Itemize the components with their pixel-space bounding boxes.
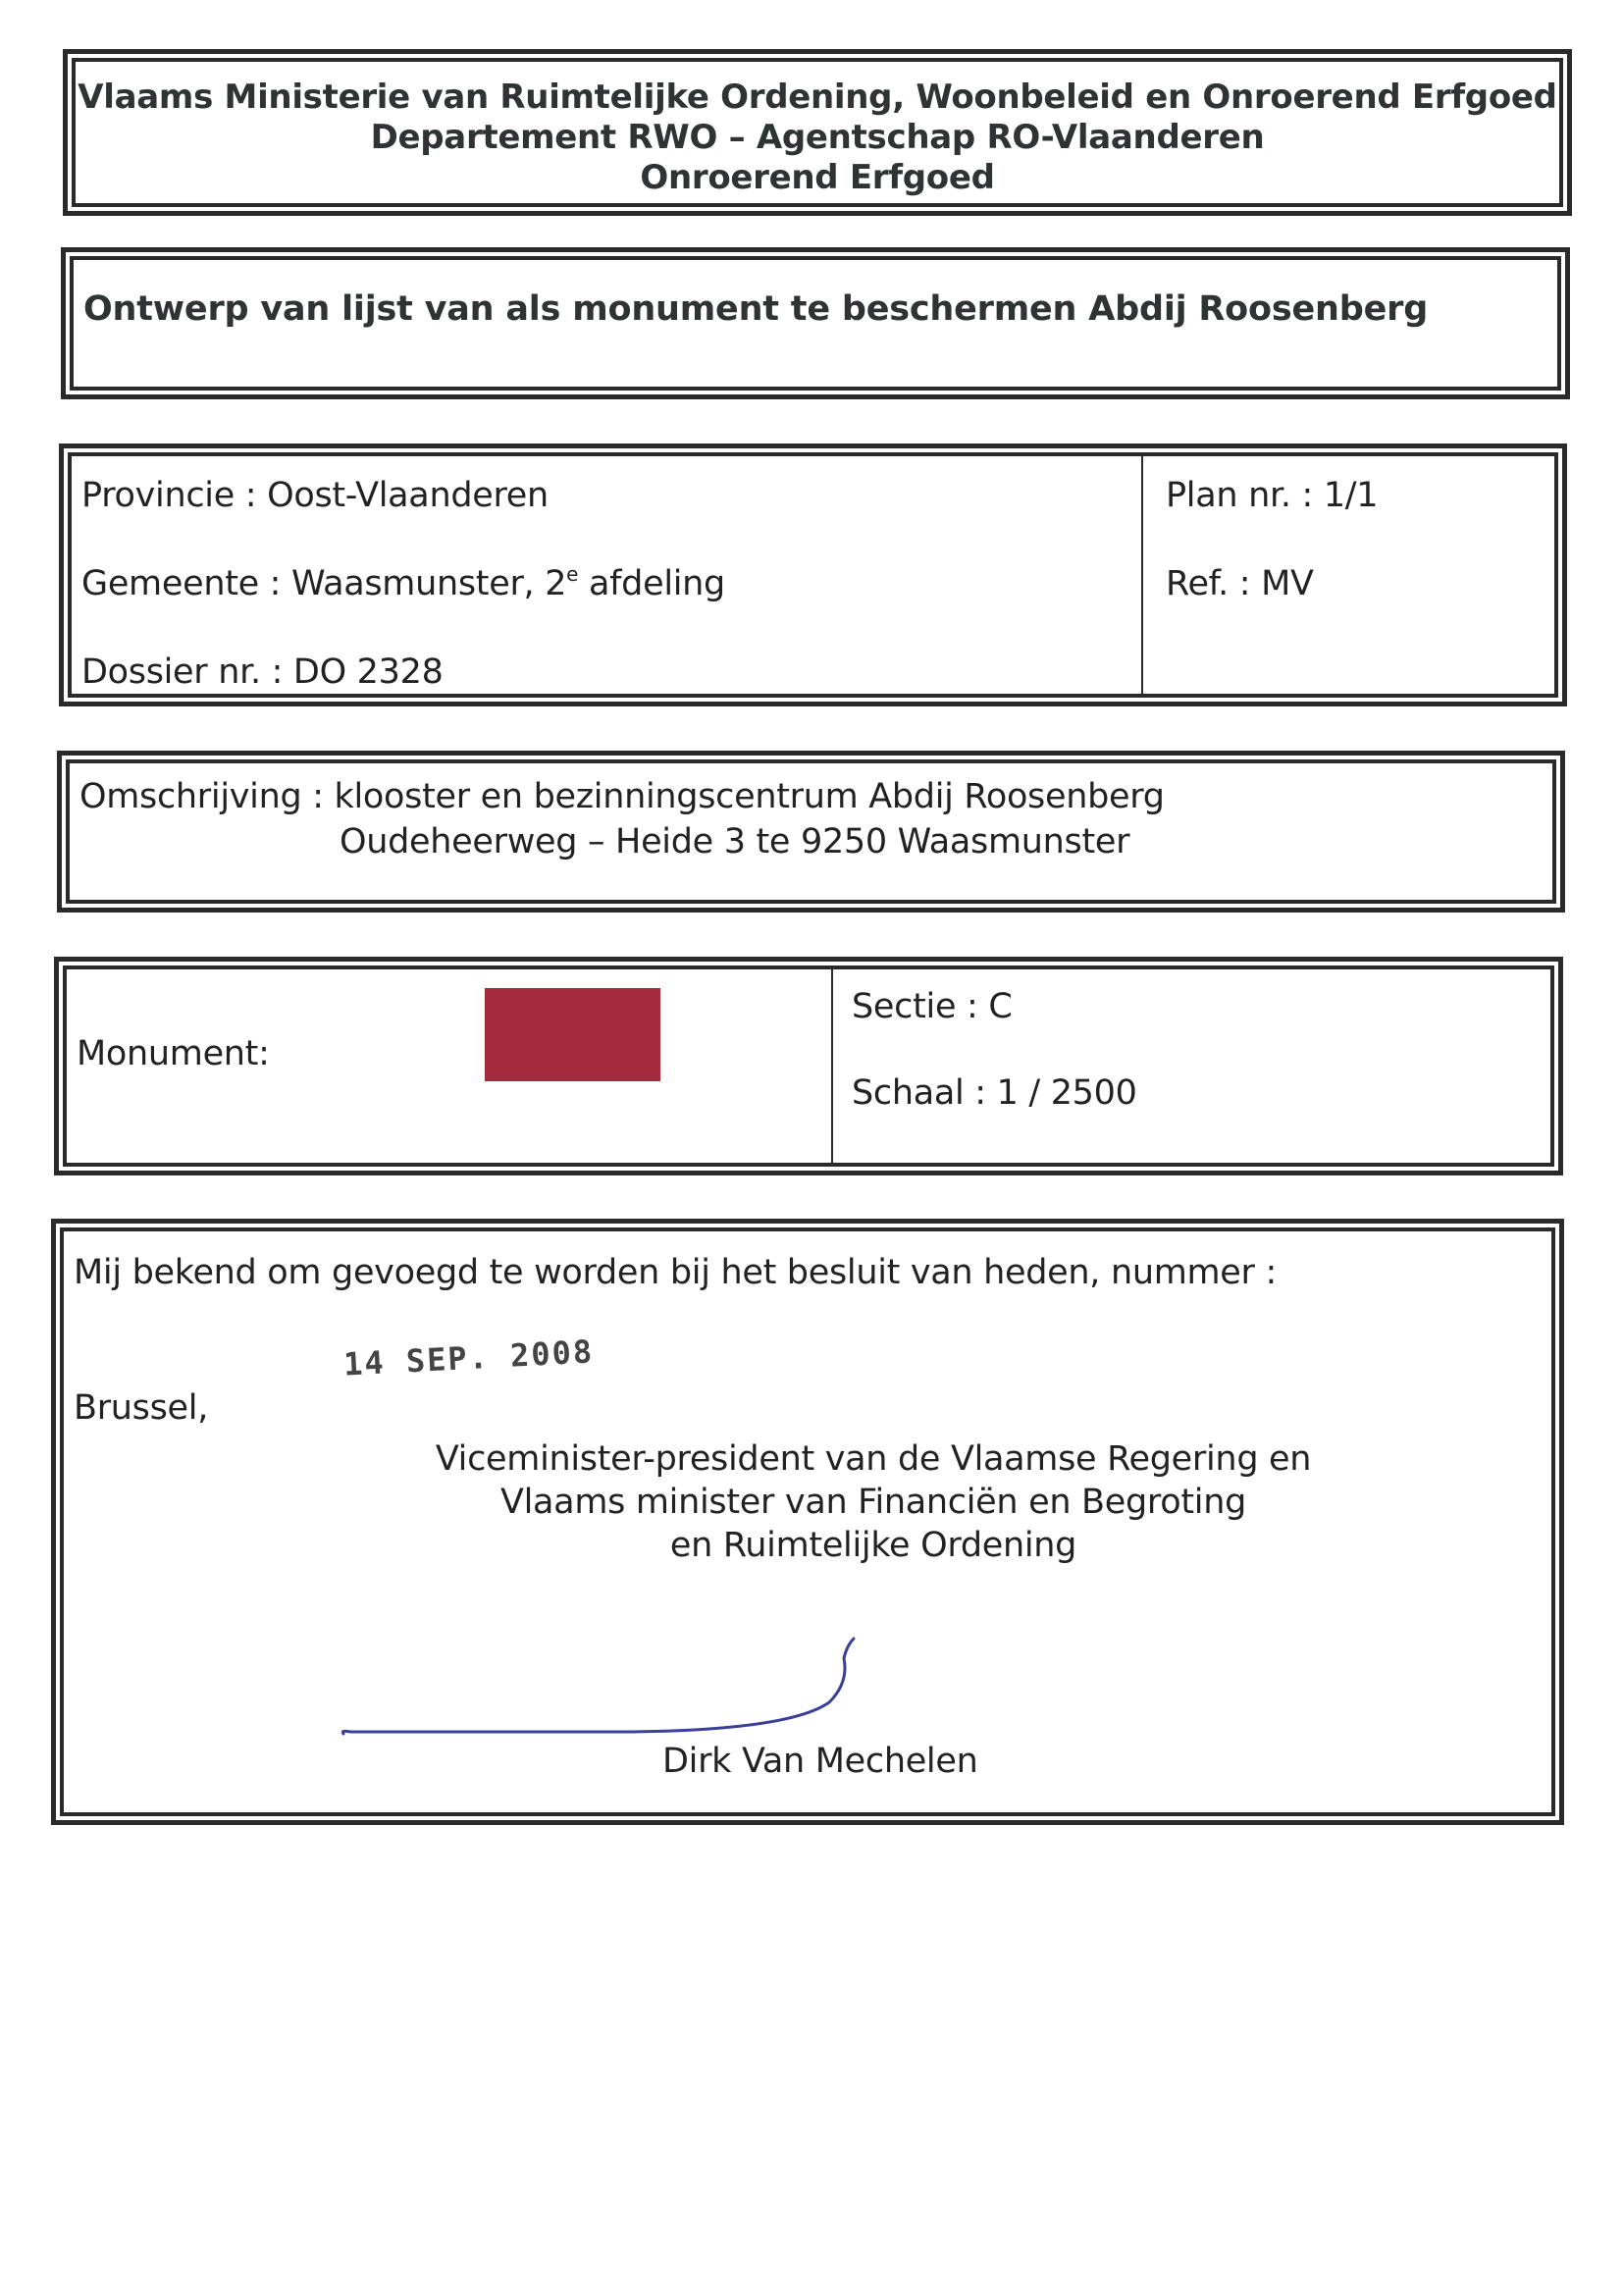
role-line-2: Vlaams minister van Financiën en Begroti…	[339, 1481, 1408, 1524]
department-name: Departement RWO – Agentschap RO-Vlaander…	[76, 118, 1559, 158]
plan-number-field: Plan nr. : 1/1	[1166, 476, 1378, 515]
signatory-role: Viceminister-president van de Vlaamse Re…	[339, 1437, 1408, 1567]
reference-field: Ref. : MV	[1166, 564, 1314, 603]
approval-statement: Mij bekend om gevoegd te worden bij het …	[74, 1253, 1277, 1292]
ministry-name: Vlaams Ministerie van Ruimtelijke Ordeni…	[76, 78, 1559, 118]
description-line-1: Omschrijving : klooster en bezinningscen…	[79, 777, 1165, 816]
division-name: Onroerend Erfgoed	[76, 158, 1559, 198]
monument-label: Monument:	[77, 1034, 270, 1073]
place-label: Brussel,	[74, 1388, 208, 1428]
gemeente-afdeling: afdeling	[578, 564, 725, 603]
approval-box: Mij bekend om gevoegd te worden bij het …	[51, 1219, 1564, 1825]
column-divider	[831, 969, 833, 1163]
signatory-name: Dirk Van Mechelen	[662, 1742, 977, 1781]
role-line-3: en Ruimtelijke Ordening	[339, 1524, 1408, 1567]
details-box: Provincie : Oost-Vlaanderen Gemeente : W…	[59, 444, 1567, 706]
title-box: Ontwerp van lijst van als monument te be…	[61, 247, 1570, 399]
ministry-header: Vlaams Ministerie van Ruimtelijke Ordeni…	[76, 62, 1559, 198]
role-line-1: Viceminister-president van de Vlaamse Re…	[339, 1437, 1408, 1481]
description-line-2: Oudeheerweg – Heide 3 te 9250 Waasmunste…	[340, 822, 1129, 861]
column-divider	[1141, 456, 1143, 694]
gemeente-value: Gemeente : Waasmunster, 2	[81, 564, 566, 603]
monument-box: Monument: Sectie : C Schaal : 1 / 2500	[54, 957, 1563, 1175]
schaal-field: Schaal : 1 / 2500	[852, 1073, 1137, 1113]
signature-stroke	[339, 1634, 888, 1751]
ministry-header-box: Vlaams Ministerie van Ruimtelijke Ordeni…	[63, 49, 1572, 216]
monument-legend-swatch	[485, 988, 660, 1081]
provincie-field: Provincie : Oost-Vlaanderen	[81, 476, 549, 515]
description-box: Omschrijving : klooster en bezinningscen…	[57, 751, 1565, 913]
dossier-field: Dossier nr. : DO 2328	[81, 652, 444, 692]
gemeente-field: Gemeente : Waasmunster, 2e afdeling	[81, 564, 725, 603]
document-title: Ontwerp van lijst van als monument te be…	[83, 289, 1428, 329]
sectie-field: Sectie : C	[852, 987, 1012, 1026]
date-stamp: 14 SEP. 2008	[342, 1332, 595, 1383]
ordinal-suffix: e	[566, 562, 578, 586]
